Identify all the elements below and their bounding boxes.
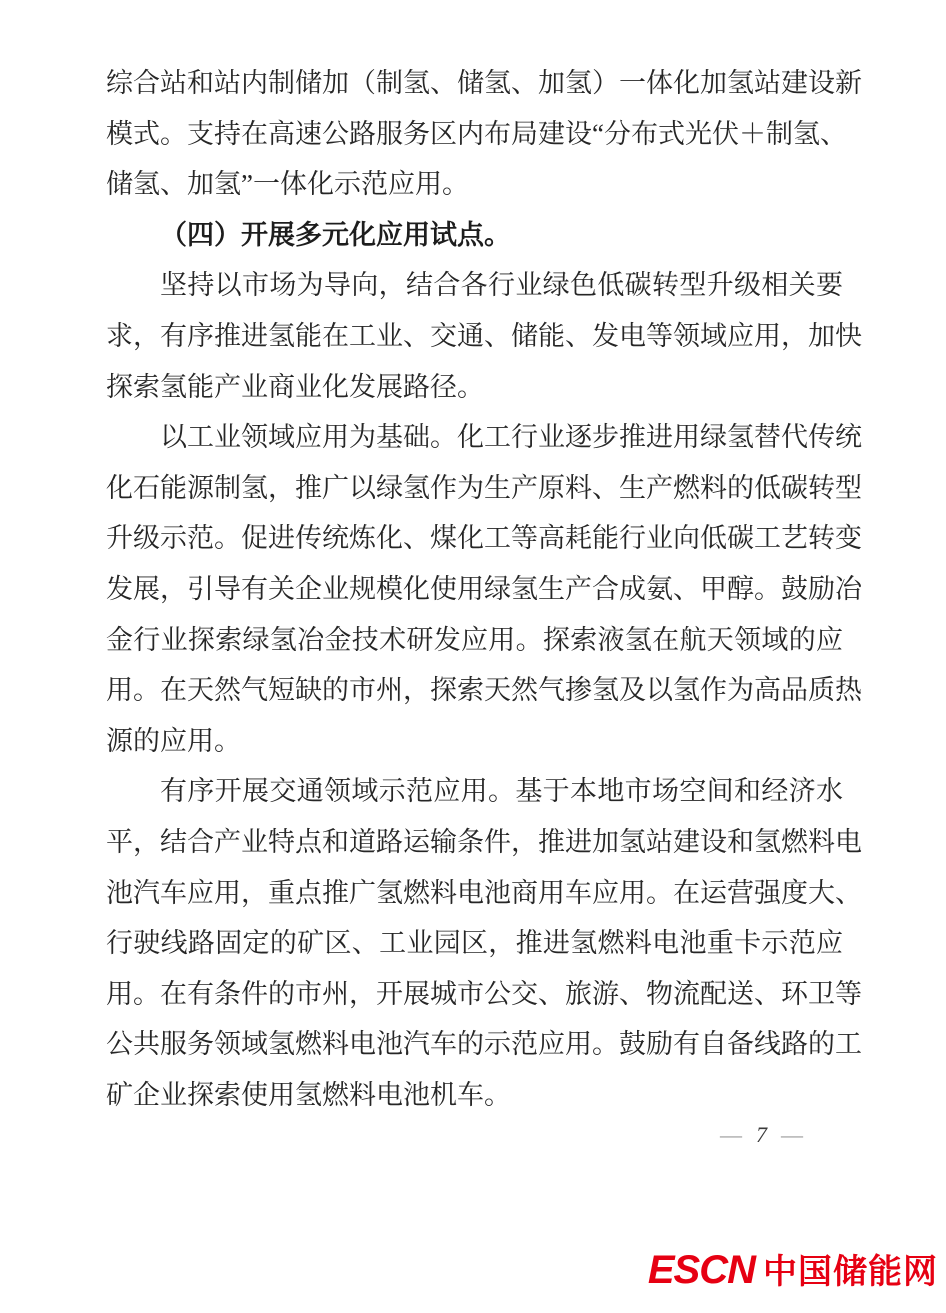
document-text: 综合站和站内制储加（制氢、储氢、加氢）一体化加氢站建设新模式。支持在高速公路服务… — [106, 58, 843, 1120]
body-line: 坚持以市场为导向，结合各行业绿色低碳转型升级相关要 — [106, 260, 843, 311]
body-line: 行驶线路固定的矿区、工业园区，推进氢燃料电池重卡示范应 — [106, 918, 843, 969]
page-number-dash-right: — — [781, 1124, 803, 1146]
body-line: 求，有序推进氢能在工业、交通、储能、发电等领域应用，加快 — [106, 311, 843, 362]
body-line: 升级示范。促进传统炼化、煤化工等高耗能行业向低碳工艺转变 — [106, 513, 843, 564]
body-line: 平，结合产业特点和道路运输条件，推进加氢站建设和氢燃料电 — [106, 817, 843, 868]
heading-line: （四）开展多元化应用试点。 — [106, 210, 843, 261]
body-line: 化石能源制氢，推广以绿氢作为生产原料、生产燃料的低碳转型 — [106, 463, 843, 514]
body-line: 用。在天然气短缺的市州，探索天然气掺氢及以氢作为高品质热 — [106, 665, 843, 716]
body-line: 储氢、加氢”一体化示范应用。 — [106, 159, 843, 210]
page-number-dash-left: — — [720, 1124, 742, 1146]
document-page: 综合站和站内制储加（制氢、储氢、加氢）一体化加氢站建设新模式。支持在高速公路服务… — [0, 0, 946, 1313]
escn-logo-text-en: ESCN — [648, 1248, 755, 1293]
body-line: 探索氢能产业商业化发展路径。 — [106, 362, 843, 413]
body-line: 公共服务领域氢燃料电池汽车的示范应用。鼓励有自备线路的工 — [106, 1019, 843, 1070]
body-line: 金行业探索绿氢冶金技术研发应用。探索液氢在航天领域的应 — [106, 615, 843, 666]
escn-logo: ESCN 中国储能网 — [648, 1244, 938, 1293]
body-line: 源的应用。 — [106, 716, 843, 767]
page-footer: — 7 — — [720, 1120, 803, 1150]
body-line: 池汽车应用，重点推广氢燃料电池商用车应用。在运营强度大、 — [106, 868, 843, 919]
escn-logo-text-zh: 中国储能网 — [763, 1244, 938, 1293]
page-number: 7 — [756, 1122, 767, 1148]
body-line: 矿企业探索使用氢燃料电池机车。 — [106, 1070, 843, 1121]
body-line: 以工业领域应用为基础。化工行业逐步推进用绿氢替代传统 — [106, 412, 843, 463]
body-line: 发展，引导有关企业规模化使用绿氢生产合成氨、甲醇。鼓励冶 — [106, 564, 843, 615]
body-line: 综合站和站内制储加（制氢、储氢、加氢）一体化加氢站建设新 — [106, 58, 843, 109]
body-line: 模式。支持在高速公路服务区内布局建设“分布式光伏＋制氢、 — [106, 109, 843, 160]
body-line: 用。在有条件的市州，开展城市公交、旅游、物流配送、环卫等 — [106, 969, 843, 1020]
body-line: 有序开展交通领域示范应用。基于本地市场空间和经济水 — [106, 766, 843, 817]
